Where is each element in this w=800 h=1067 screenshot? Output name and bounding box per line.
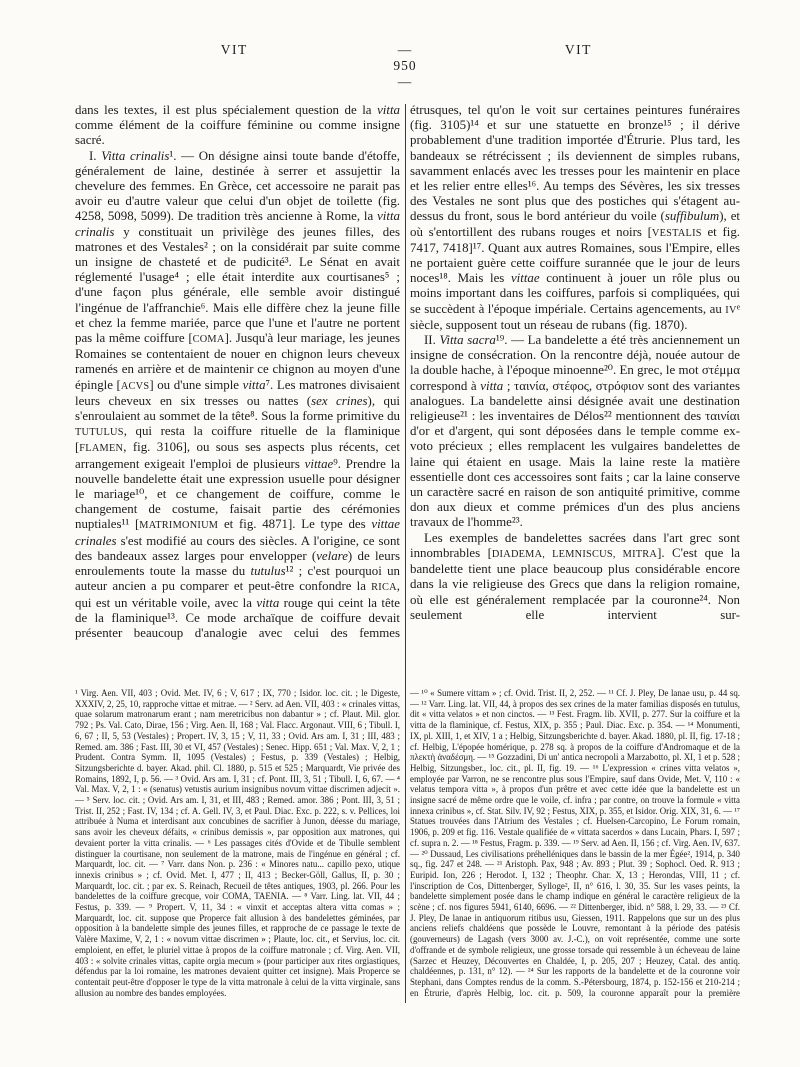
paragraph: dans les textes, il est plus spécialemen… xyxy=(75,103,400,149)
page-number: — 950 — xyxy=(393,42,416,90)
left-column: dans les textes, il est plus spécialemen… xyxy=(75,103,400,1007)
right-footnotes: — ¹⁰ « Sumere vittam » ; cf. Ovid. Trist… xyxy=(410,688,740,998)
paragraph: étrusques, tel qu'on le voit sur certain… xyxy=(410,103,740,333)
left-footnotes: ¹ Virg. Aen. VII, 403 ; Ovid. Met. IV, 6… xyxy=(75,688,400,998)
header-right-title: VIT xyxy=(417,42,740,58)
column-divider-rule xyxy=(405,104,406,1003)
scanned-dictionary-page: VIT — 950 — VIT dans les textes, il est … xyxy=(0,0,800,1067)
running-header: VIT — 950 — VIT xyxy=(75,42,740,90)
left-main-text: dans les textes, il est plus spécialemen… xyxy=(75,103,400,681)
paragraph: Les exemples de bandelettes sacrées dans… xyxy=(410,531,740,623)
paragraph: II. Vitta sacra¹⁹. — La bandelette a été… xyxy=(410,333,740,531)
header-left-title: VIT xyxy=(75,42,393,58)
two-column-layout: dans les textes, il est plus spécialemen… xyxy=(75,103,740,1007)
paragraph: I. Vitta crinalis¹. — On désigne ainsi t… xyxy=(75,149,400,642)
right-main-text: étrusques, tel qu'on le voit sur certain… xyxy=(410,103,740,681)
right-column: étrusques, tel qu'on le voit sur certain… xyxy=(410,103,740,1007)
